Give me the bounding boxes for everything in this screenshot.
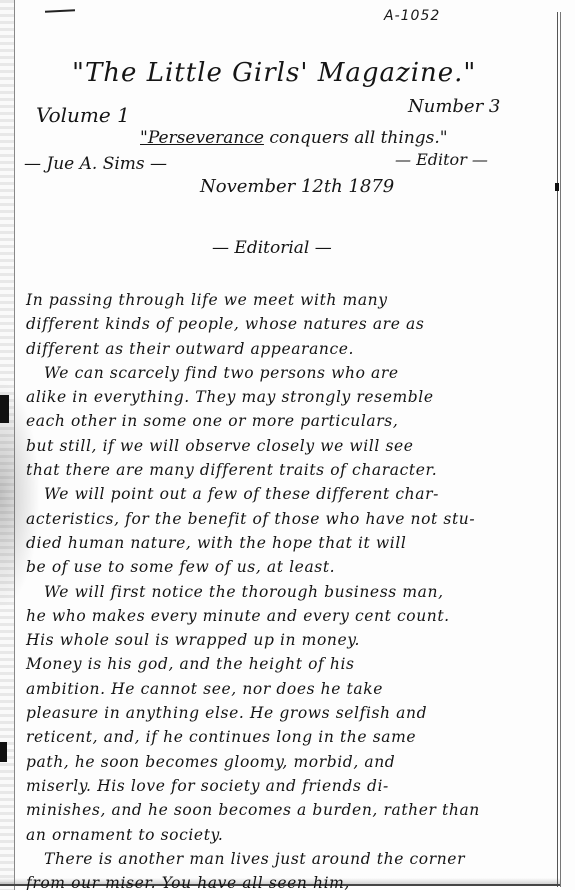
text-line: In passing through life we meet with man… [26,288,546,312]
text-line: from our miser. You have all seen him, [26,871,546,890]
binding-mark [0,742,7,762]
motto-underlined-word: "Perseverance [140,128,264,148]
text-line: an ornament to society. [26,823,546,847]
right-edge-mark [555,183,559,191]
text-line: different kinds of people, whose natures… [26,312,546,336]
text-line: acteristics, for the benefit of those wh… [26,507,546,531]
issue-number: Number 3 [408,96,500,117]
section-heading: — Editorial — [212,238,332,258]
text-line: path, he soon becomes gloomy, morbid, an… [26,750,546,774]
text-line: alike in everything. They may strongly r… [26,385,546,409]
text-line: Money is his god, and the height of his [26,652,546,676]
text-line: We will point out a few of these differe… [26,482,546,506]
editorial-body: In passing through life we meet with man… [26,288,546,890]
manuscript-page: A-1052 "The Little Girls' Magazine." Vol… [0,0,575,890]
text-line: that there are many different traits of … [26,458,546,482]
issue-date: November 12th 1879 [200,176,394,197]
magazine-title: "The Little Girls' Magazine." [72,58,476,88]
text-line: but still, if we will observe closely we… [26,434,546,458]
text-line: There is another man lives just around t… [26,847,546,871]
page-right-edge [557,12,561,887]
text-line: miserly. His love for society and friend… [26,774,546,798]
top-pen-mark [45,9,75,13]
text-line: minishes, and he soon becomes a burden, … [26,798,546,822]
text-line: died human nature, with the hope that it… [26,531,546,555]
text-line: We will first notice the thorough busine… [26,580,546,604]
archive-id: A-1052 [384,8,440,24]
text-line: pleasure in anything else. He grows self… [26,701,546,725]
volume-label: Volume 1 [36,103,130,127]
motto-rest: conquers all things." [264,128,448,148]
text-line: ambition. He cannot see, nor does he tak… [26,677,546,701]
text-line: he who makes every minute and every cent… [26,604,546,628]
text-line: different as their outward appearance. [26,337,546,361]
text-line: be of use to some few of us, at least. [26,555,546,579]
text-line: each other in some one or more particula… [26,409,546,433]
binding-mark [0,395,9,423]
text-line: We can scarcely find two persons who are [26,361,546,385]
text-line: reticent, and, if he continues long in t… [26,725,546,749]
editor-name: — Jue A. Sims — [24,154,167,174]
editor-label: — Editor — [395,150,488,169]
motto: "Perseverance conquers all things." [140,128,448,148]
text-line: His whole soul is wrapped up in money. [26,628,546,652]
